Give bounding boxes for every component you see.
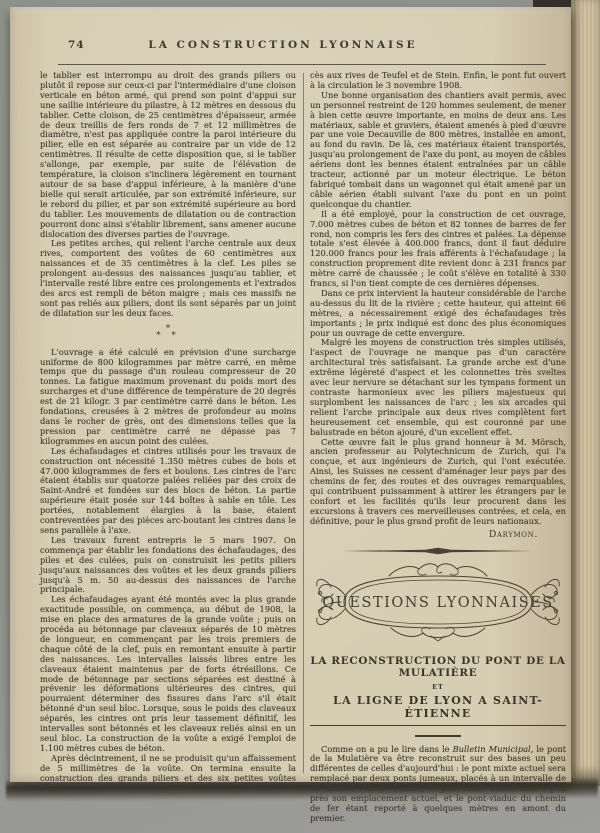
article-short-rule xyxy=(415,735,461,737)
article-title-line1: LA RECONSTRUCTION DU PONT DE LA MULATIÈR… xyxy=(310,655,566,679)
paragraph: Les échafaudages ayant été montés avec l… xyxy=(40,595,296,754)
article-paragraph-rest: , le pont de la Mulatière va être recons… xyxy=(310,744,566,823)
journal-title: LA CONSTRUCTION LYONNAISE xyxy=(50,39,516,51)
paragraph: L'ouvrage a été calculé en prévision d'u… xyxy=(40,348,296,447)
paragraph: Malgré les moyens de construction très s… xyxy=(310,338,566,437)
paragraph: Après décintrement, il ne se produisit q… xyxy=(40,754,296,794)
paragraph: Une bonne organisation des chantiers ava… xyxy=(310,91,566,210)
article-title-line2: LA LIGNE DE LYON A SAINT-ÉTIENNE xyxy=(310,694,566,720)
page-paper: 74 LA CONSTRUCTION LYONNAISE le tablier … xyxy=(10,7,571,782)
paragraph: Il a été employé, pour la construction d… xyxy=(310,210,566,289)
paragraph: Comme on a pu le lire dans le Bulletin M… xyxy=(310,745,566,824)
article-title-connector: ET xyxy=(310,683,566,691)
author-signature: Darymon. xyxy=(310,529,566,540)
book-page-edges xyxy=(571,0,600,786)
paragraph: le tablier est interrompu au droit des g… xyxy=(40,71,296,239)
right-column: cès aux rives de Teufel et de Stein. Enf… xyxy=(310,71,566,824)
paragraph: Les petites arches, qui relient l'arche … xyxy=(40,239,296,318)
text-columns: le tablier est interrompu au droit des g… xyxy=(40,71,567,824)
questions-lyonnaises-banner: QUESTIONS LYONNAISES xyxy=(311,559,565,645)
header-rule xyxy=(58,64,546,65)
tapered-divider-ornament xyxy=(343,547,533,555)
column-divider xyxy=(303,73,304,773)
banner-title: QUESTIONS LYONNAISES xyxy=(322,595,553,611)
asterism-bottom: * * xyxy=(40,333,296,340)
left-column: le tablier est interrompu au droit des g… xyxy=(40,71,296,824)
scanned-journal-page: 74 LA CONSTRUCTION LYONNAISE le tablier … xyxy=(0,0,600,833)
article-title-rule xyxy=(310,725,566,726)
asterism-ornament: * * * xyxy=(40,326,296,340)
paragraph: Dans ce prix intervient la hauteur consi… xyxy=(310,289,566,339)
paragraph: cès aux rives de Teufel et de Stein. Enf… xyxy=(310,71,566,91)
paragraph: Cette œuvre fait le plus grand honneur à… xyxy=(310,438,566,527)
paragraph: Les travaux furent entrepris le 5 mars 1… xyxy=(40,536,296,595)
paragraph: Les échafaudages et cintres utilisés pou… xyxy=(40,447,296,536)
